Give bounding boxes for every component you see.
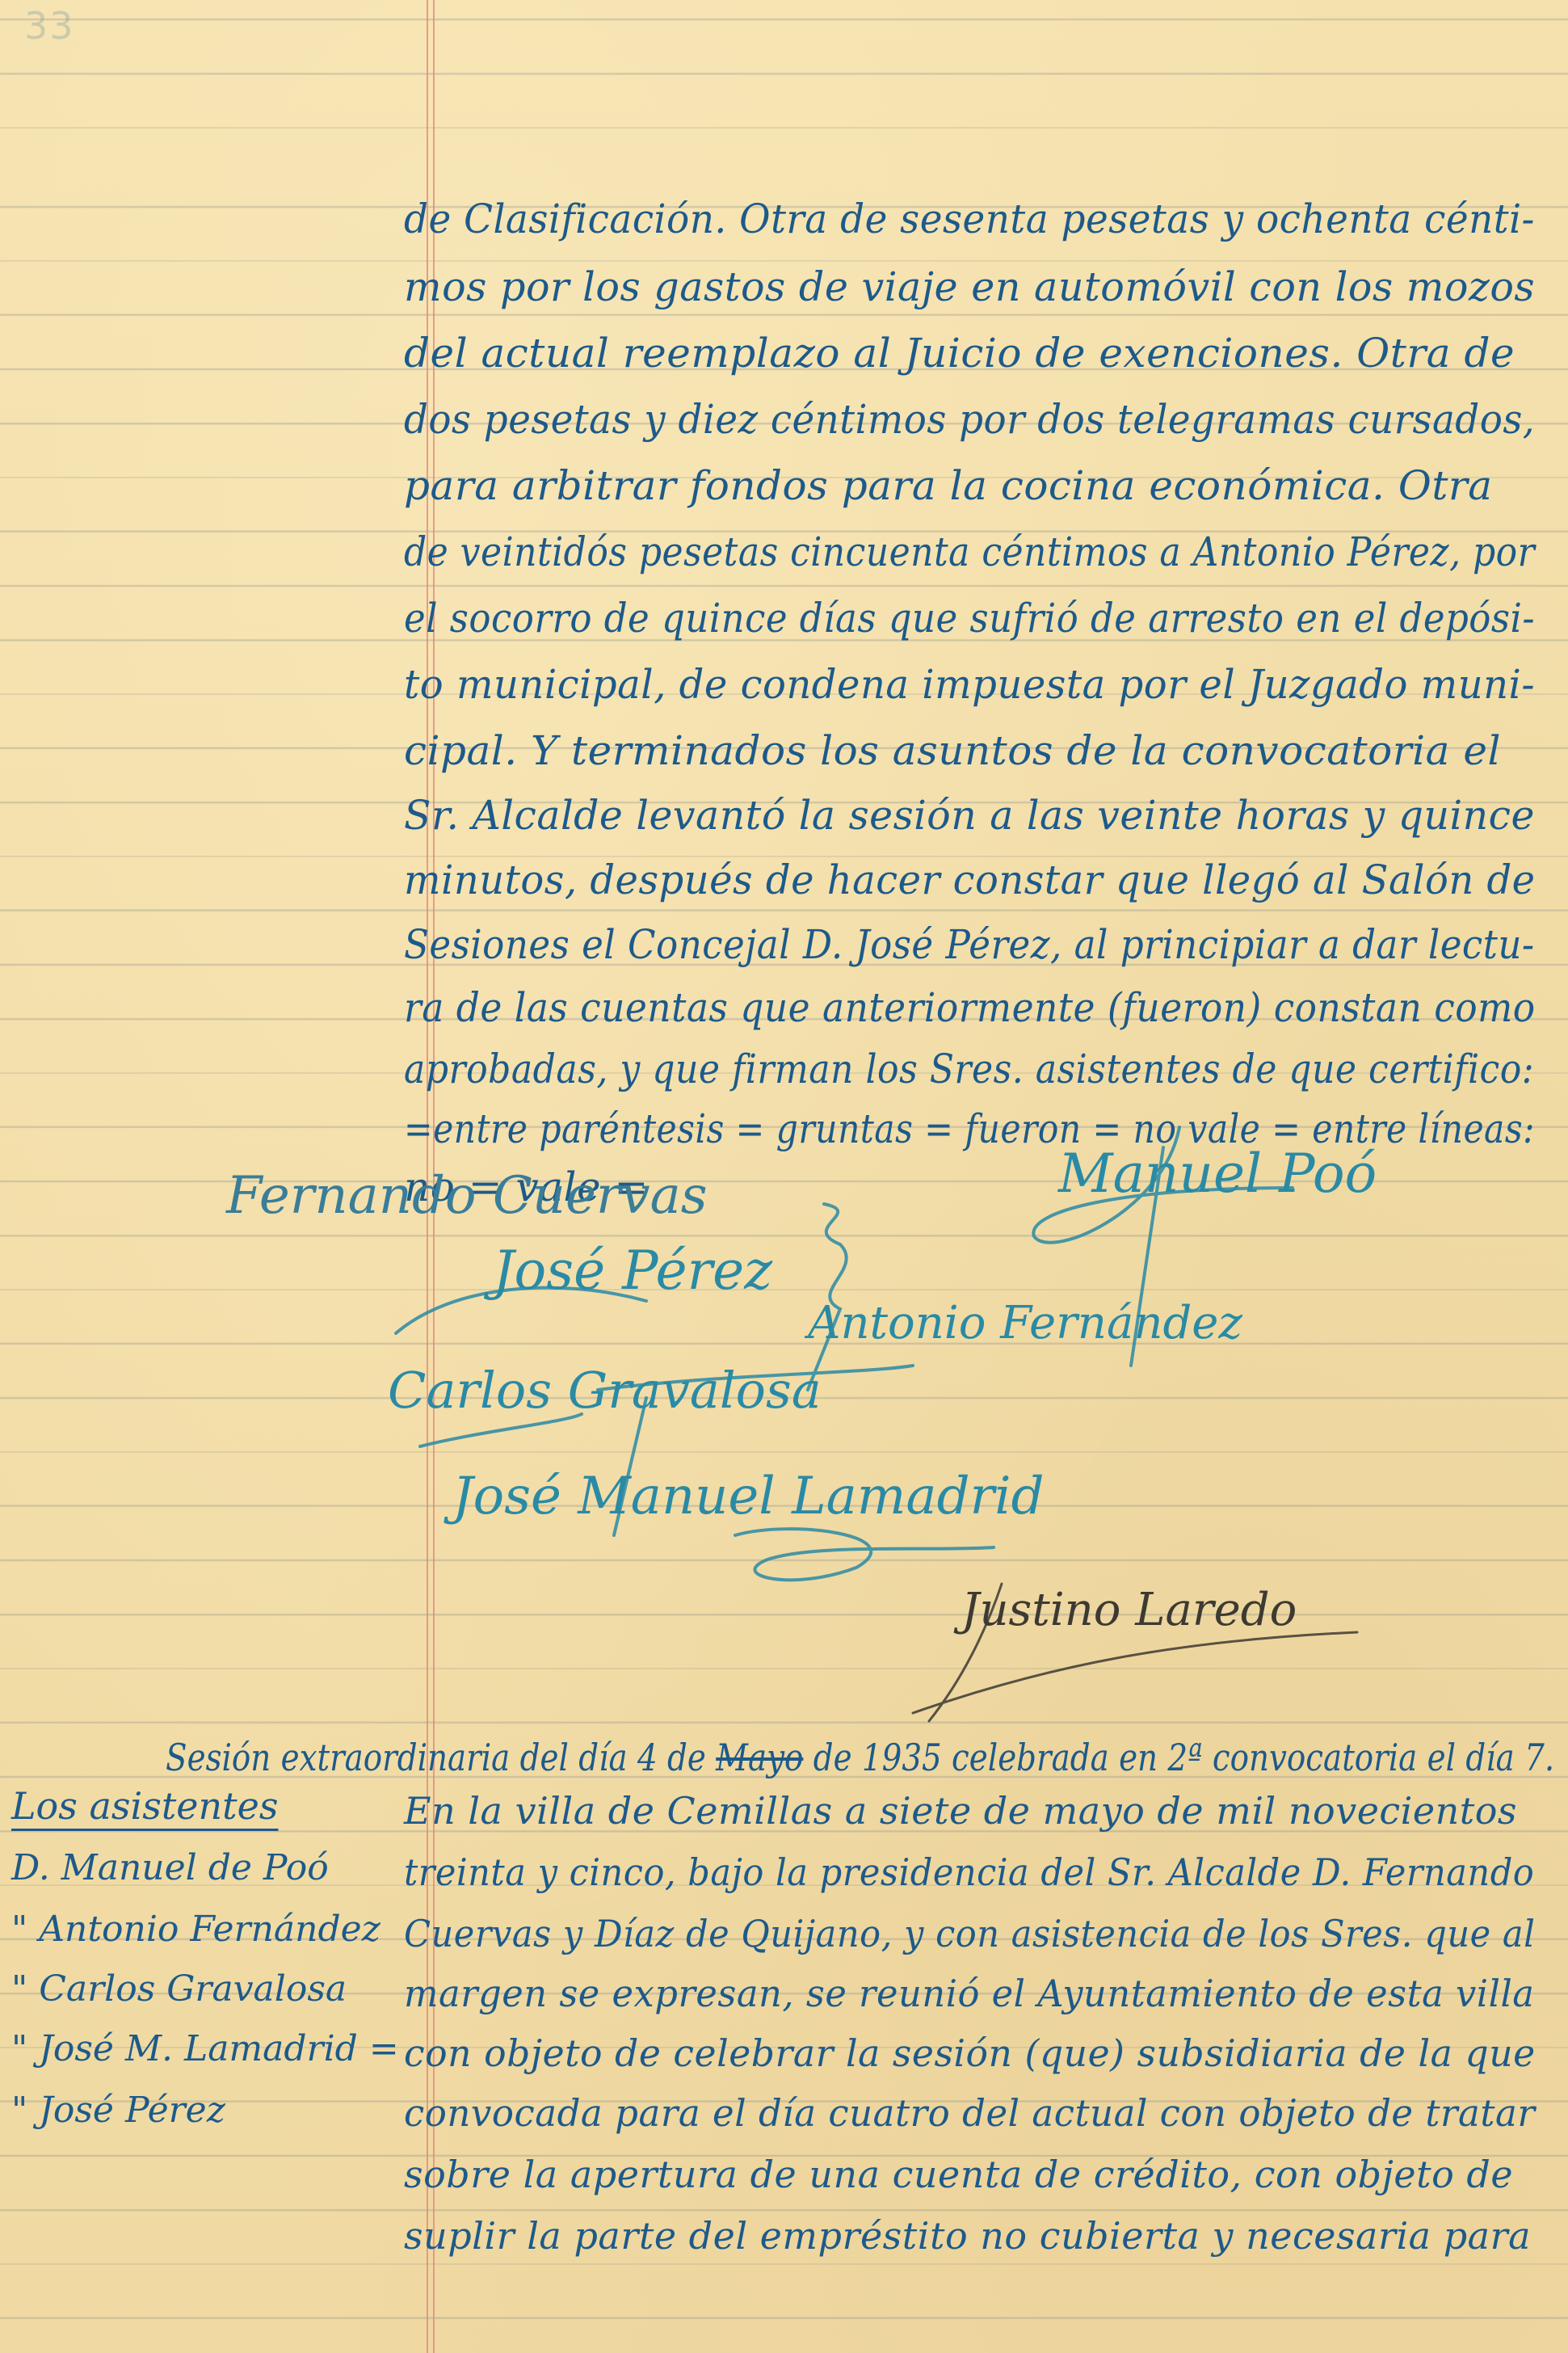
text-line: margen se expresan, se reunió el Ayuntam…: [404, 1975, 1534, 2012]
signature: Manuel Poó: [1058, 1147, 1377, 1201]
attendee-item: " José M. Lamadrid =: [11, 2031, 399, 2067]
text-line: sobre la apertura de una cuenta de crédi…: [404, 2156, 1513, 2193]
text-line: dos pesetas y diez céntimos por dos tele…: [404, 399, 1535, 440]
text-line: to municipal, de condena impuesta por el…: [404, 664, 1535, 705]
session-heading-prefix: Sesión extraordinaria del día 4 de: [166, 1736, 706, 1779]
text-line: mos por los gastos de viaje en automóvil…: [404, 267, 1535, 307]
text-line: Sr. Alcalde levantó la sesión a las vein…: [404, 795, 1535, 836]
session-heading-suffix: de 1935 celebrada en 2ª convocatoria el …: [813, 1736, 1554, 1779]
text-line: Cuervas y Díaz de Quijano, y con asisten…: [404, 1915, 1535, 1952]
text-line: con objeto de celebrar la sesión (que) s…: [404, 2035, 1536, 2072]
attendee-item: " Carlos Gravalosa: [11, 1972, 347, 2007]
attendee-item: D. Manuel de Poó: [11, 1850, 329, 1886]
signature: Antonio Fernández: [808, 1301, 1242, 1346]
text-line: treinta y cinco, bajo la presidencia del…: [404, 1854, 1534, 1891]
signature: Carlos Gravalosa: [388, 1366, 822, 1416]
text-line: de Clasificación. Otra de sesenta peseta…: [404, 199, 1535, 239]
ledger-page: 33 de Clasificación. Otra de sesenta pes…: [0, 0, 1568, 2353]
page-number: 33: [24, 4, 75, 48]
text-line: ra de las cuentas que anteriormente (fue…: [404, 987, 1536, 1028]
text-line: Sesiones el Concejal D. José Pérez, al p…: [404, 924, 1535, 965]
text-line: para arbitrar fondos para la cocina econ…: [404, 465, 1493, 506]
text-line: minutos, después de hacer constar que ll…: [404, 860, 1536, 900]
text-line: En la villa de Cemillas a siete de mayo …: [404, 1792, 1517, 1829]
session-heading: Sesión extraordinaria del día 4 de Mayo …: [166, 1739, 1554, 1776]
attendee-item: " Antonio Fernández: [11, 1912, 380, 1947]
signature: Fernando Cuervas: [226, 1170, 708, 1222]
session-heading-struck-month: Mayo: [716, 1736, 803, 1779]
text-line: el socorro de quince días que sufrió de …: [404, 598, 1535, 638]
text-line: de veintidós pesetas cincuenta céntimos …: [404, 532, 1535, 572]
signature: José Manuel Lamadrid: [452, 1471, 1045, 1522]
text-line: del actual reemplazo al Juicio de exenci…: [404, 333, 1515, 373]
text-line: convocada para el día cuatro del actual …: [404, 2094, 1535, 2132]
attendees-heading: Los asistentes: [11, 1787, 278, 1825]
text-line: cipal. Y terminados los asuntos de la co…: [404, 730, 1501, 771]
text-line: suplir la parte del empréstito no cubier…: [404, 2217, 1531, 2254]
attendee-item: " José Pérez: [11, 2093, 225, 2128]
text-line: aprobadas, y que firman los Sres. asiste…: [404, 1049, 1534, 1089]
signature: José Pérez: [493, 1244, 772, 1298]
signature: Justino Laredo: [961, 1588, 1297, 1633]
